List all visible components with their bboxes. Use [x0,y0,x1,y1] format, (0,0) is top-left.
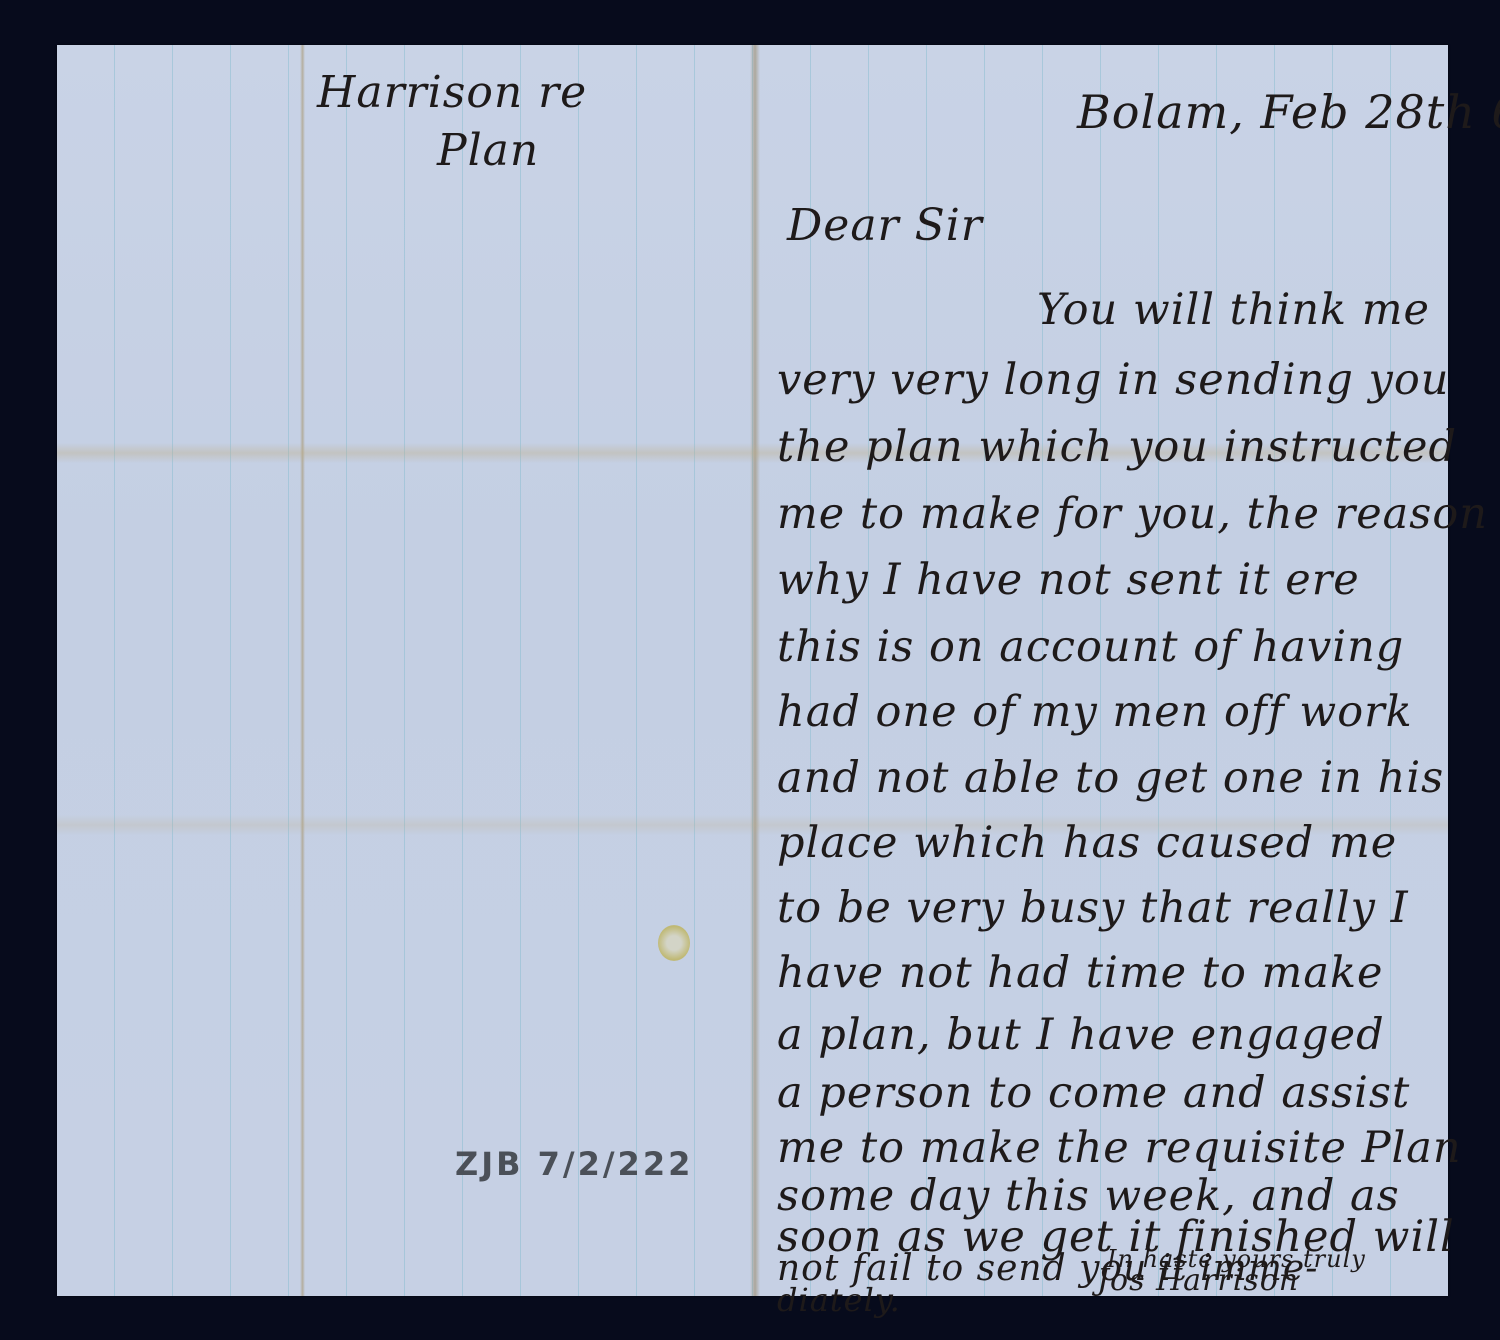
body-line: a person to come and assist [777,1068,1410,1118]
center-fold [750,45,760,1296]
docket-note-line2: Plan [437,125,539,176]
body-line: had one of my men off work [777,687,1413,737]
signature: Jos Harrison [1097,1263,1299,1298]
letter-sheet: Harrison re Plan Bolam, Feb 28th 61 Dear… [57,45,1448,1296]
dateline: Bolam, Feb 28th 61 [1077,85,1500,139]
body-line: to be very busy that really I [777,883,1409,933]
archive-reference-stamp: ZJB 7/2/222 [455,1145,693,1183]
docket-note-line1: Harrison re [317,67,587,118]
body-line: very very long in sending you [777,355,1449,405]
body-line: me to make for you, the reason [777,489,1488,539]
body-line: why I have not sent it ere [777,555,1360,605]
body-line: You will think me [1037,285,1430,335]
body-line: and not able to get one in his [777,753,1444,803]
fold-line-left [300,45,305,1296]
body-line: place which has caused me [777,818,1397,868]
body-line: this is on account of having [777,622,1404,672]
body-line: the plan which you instructed [777,422,1457,472]
body-line: have not had time to make [777,948,1383,998]
body-line: diately. [777,1281,901,1319]
stain-spot [658,925,690,961]
body-line: a plan, but I have engaged [777,1010,1385,1060]
body-line: me to make the requisite Plan [777,1123,1462,1173]
salutation: Dear Sir [787,200,983,251]
